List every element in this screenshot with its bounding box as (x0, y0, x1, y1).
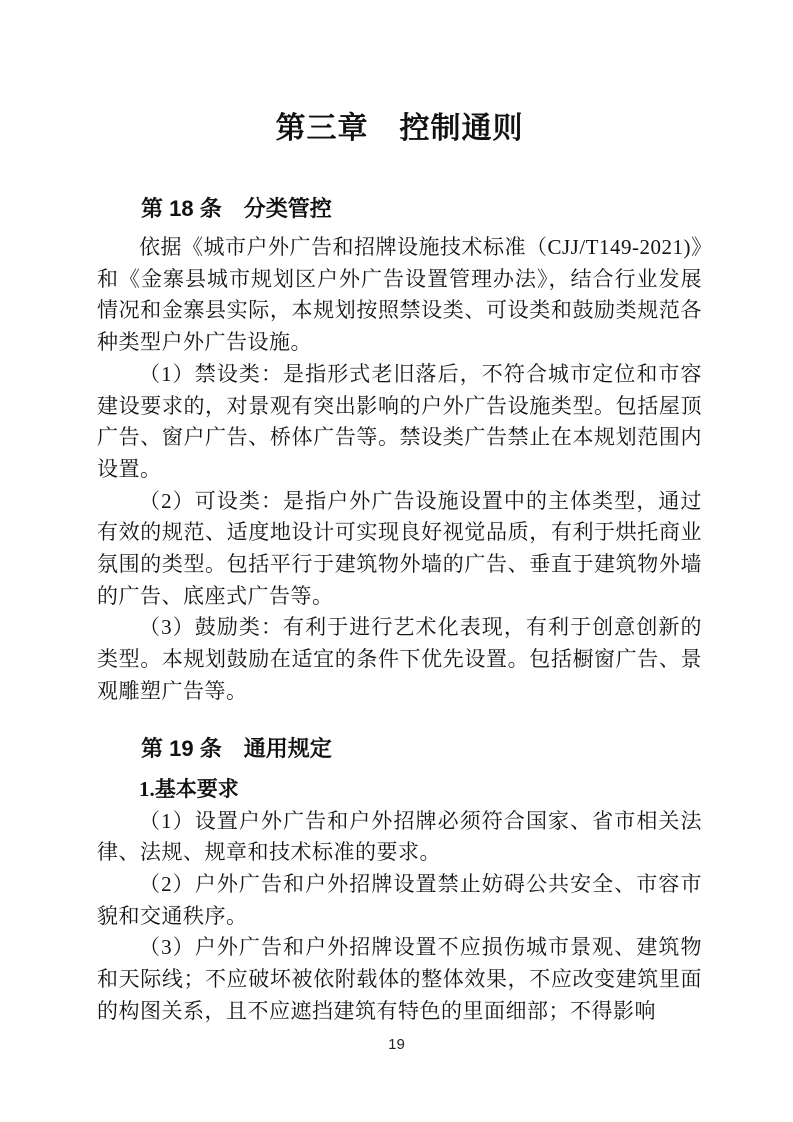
article-19-paragraph-public-safety: （2）户外广告和户外招牌设置禁止妨碍公共安全、市容市貌和交通秩序。 (97, 869, 702, 932)
article-18-paragraph-encouraged-class: （3）鼓励类：有利于进行艺术化表现，有利于创意创新的类型。本规划鼓励在适宜的条件… (97, 612, 702, 707)
chapter-title: 第三章 控制通则 (97, 106, 702, 152)
document-page: 第三章 控制通则 第 18 条 分类管控 依据《城市户外广告和招牌设施技术标准（… (0, 0, 793, 1122)
article-18-paragraph-prohibited-class: （1）禁设类：是指形式老旧落后，不符合城市定位和市容建设要求的，对景观有突出影响… (97, 359, 702, 486)
article-19-heading: 第 19 条 通用规定 (97, 734, 702, 764)
article-19: 第 19 条 通用规定 1.基本要求 （1）设置户外广告和户外招牌必须符合国家、… (97, 734, 702, 1028)
page-content: 第三章 控制通则 第 18 条 分类管控 依据《城市户外广告和招牌设施技术标准（… (97, 0, 702, 1027)
article-18-heading: 第 18 条 分类管控 (97, 194, 702, 224)
page-number: 19 (0, 1036, 793, 1054)
article-19-paragraph-cityscape-protection: （3）户外广告和户外招牌设置不应损伤城市景观、建筑物和天际线；不应破坏被依附载体… (97, 932, 702, 1027)
article-19-paragraph-law-compliance: （1）设置户外广告和户外招牌必须符合国家、省市相关法律、法规、规章和技术标准的要… (97, 806, 702, 869)
article-18-paragraph-permitted-class: （2）可设类：是指户外广告设施设置中的主体类型，通过有效的规范、适度地设计可实现… (97, 486, 702, 613)
article-18-paragraph-basis: 依据《城市户外广告和招牌设施技术标准（CJJ/T149-2021)》和《金寨县城… (97, 232, 702, 359)
article-19-subheading-basic-requirements: 1.基本要求 (97, 774, 702, 804)
article-18: 第 18 条 分类管控 依据《城市户外广告和招牌设施技术标准（CJJ/T149-… (97, 194, 702, 708)
